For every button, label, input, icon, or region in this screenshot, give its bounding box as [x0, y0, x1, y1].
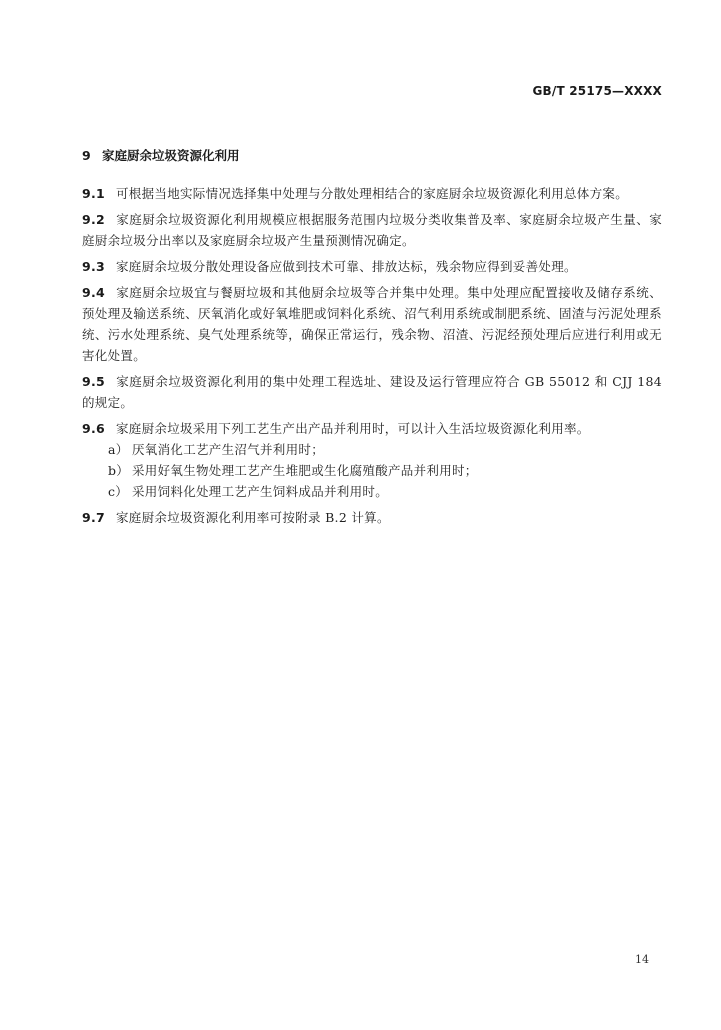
clause-number: 9.3	[82, 256, 116, 277]
clause-number: 9.7	[82, 507, 116, 528]
clause-9-2: 9.2家庭厨余垃圾资源化利用规模应根据服务范围内垃圾分类收集普及率、家庭厨余垃圾…	[82, 209, 662, 251]
list-item-text: 采用好氧生物处理工艺产生堆肥或生化腐殖酸产品并利用时；	[132, 463, 478, 478]
list-marker: c）	[108, 481, 132, 502]
clause-9-5: 9.5家庭厨余垃圾资源化利用的集中处理工程选址、建设及运行管理应符合 GB 55…	[82, 371, 662, 413]
document-page: GB/T 25175—XXXX 9家庭厨余垃圾资源化利用 9.1可根据当地实际情…	[0, 0, 721, 1030]
list-marker: b）	[108, 460, 132, 481]
clause-number: 9.2	[82, 209, 116, 230]
section-heading: 9家庭厨余垃圾资源化利用	[82, 146, 662, 166]
clause-9-7: 9.7家庭厨余垃圾资源化利用率可按附录 B.2 计算。	[82, 507, 662, 528]
clause-text: 家庭厨余垃圾宜与餐厨垃圾和其他厨余垃圾等合并集中处理。集中处理应配置接收及储存系…	[82, 285, 662, 363]
clause-9-6-list: a）厌氧消化工艺产生沼气并利用时； b）采用好氧生物处理工艺产生堆肥或生化腐殖酸…	[82, 439, 662, 502]
clause-9-4: 9.4家庭厨余垃圾宜与餐厨垃圾和其他厨余垃圾等合并集中处理。集中处理应配置接收及…	[82, 282, 662, 366]
clause-text: 可根据当地实际情况选择集中处理与分散处理相结合的家庭厨余垃圾资源化利用总体方案。	[116, 186, 628, 201]
page-number: 14	[635, 953, 649, 966]
clause-9-1: 9.1可根据当地实际情况选择集中处理与分散处理相结合的家庭厨余垃圾资源化利用总体…	[82, 183, 662, 204]
clause-number: 9.6	[82, 418, 116, 439]
clause-text: 家庭厨余垃圾资源化利用规模应根据服务范围内垃圾分类收集普及率、家庭厨余垃圾产生量…	[82, 212, 662, 248]
list-item-b: b）采用好氧生物处理工艺产生堆肥或生化腐殖酸产品并利用时；	[82, 460, 662, 481]
section-number: 9	[82, 146, 102, 166]
document-number: GB/T 25175—XXXX	[533, 84, 663, 98]
list-item-text: 采用饲料化处理工艺产生饲料成品并利用时。	[132, 484, 388, 499]
list-marker: a）	[108, 439, 132, 460]
clause-text: 家庭厨余垃圾采用下列工艺生产出产品并利用时，可以计入生活垃圾资源化利用率。	[116, 421, 590, 436]
clause-text: 家庭厨余垃圾分散处理设备应做到技术可靠、排放达标，残余物应得到妥善处理。	[116, 259, 577, 274]
clause-number: 9.4	[82, 282, 116, 303]
clause-number: 9.5	[82, 371, 116, 392]
clause-9-3: 9.3家庭厨余垃圾分散处理设备应做到技术可靠、排放达标，残余物应得到妥善处理。	[82, 256, 662, 277]
clause-number: 9.1	[82, 183, 116, 204]
list-item-c: c）采用饲料化处理工艺产生饲料成品并利用时。	[82, 481, 662, 502]
clause-text: 家庭厨余垃圾资源化利用率可按附录 B.2 计算。	[116, 510, 390, 525]
section-title: 家庭厨余垃圾资源化利用	[102, 148, 240, 163]
list-item-text: 厌氧消化工艺产生沼气并利用时；	[132, 442, 324, 457]
clause-text: 家庭厨余垃圾资源化利用的集中处理工程选址、建设及运行管理应符合 GB 55012…	[82, 374, 662, 410]
page-content: 9家庭厨余垃圾资源化利用 9.1可根据当地实际情况选择集中处理与分散处理相结合的…	[82, 146, 662, 533]
list-item-a: a）厌氧消化工艺产生沼气并利用时；	[82, 439, 662, 460]
clause-9-6: 9.6家庭厨余垃圾采用下列工艺生产出产品并利用时，可以计入生活垃圾资源化利用率。	[82, 418, 662, 439]
